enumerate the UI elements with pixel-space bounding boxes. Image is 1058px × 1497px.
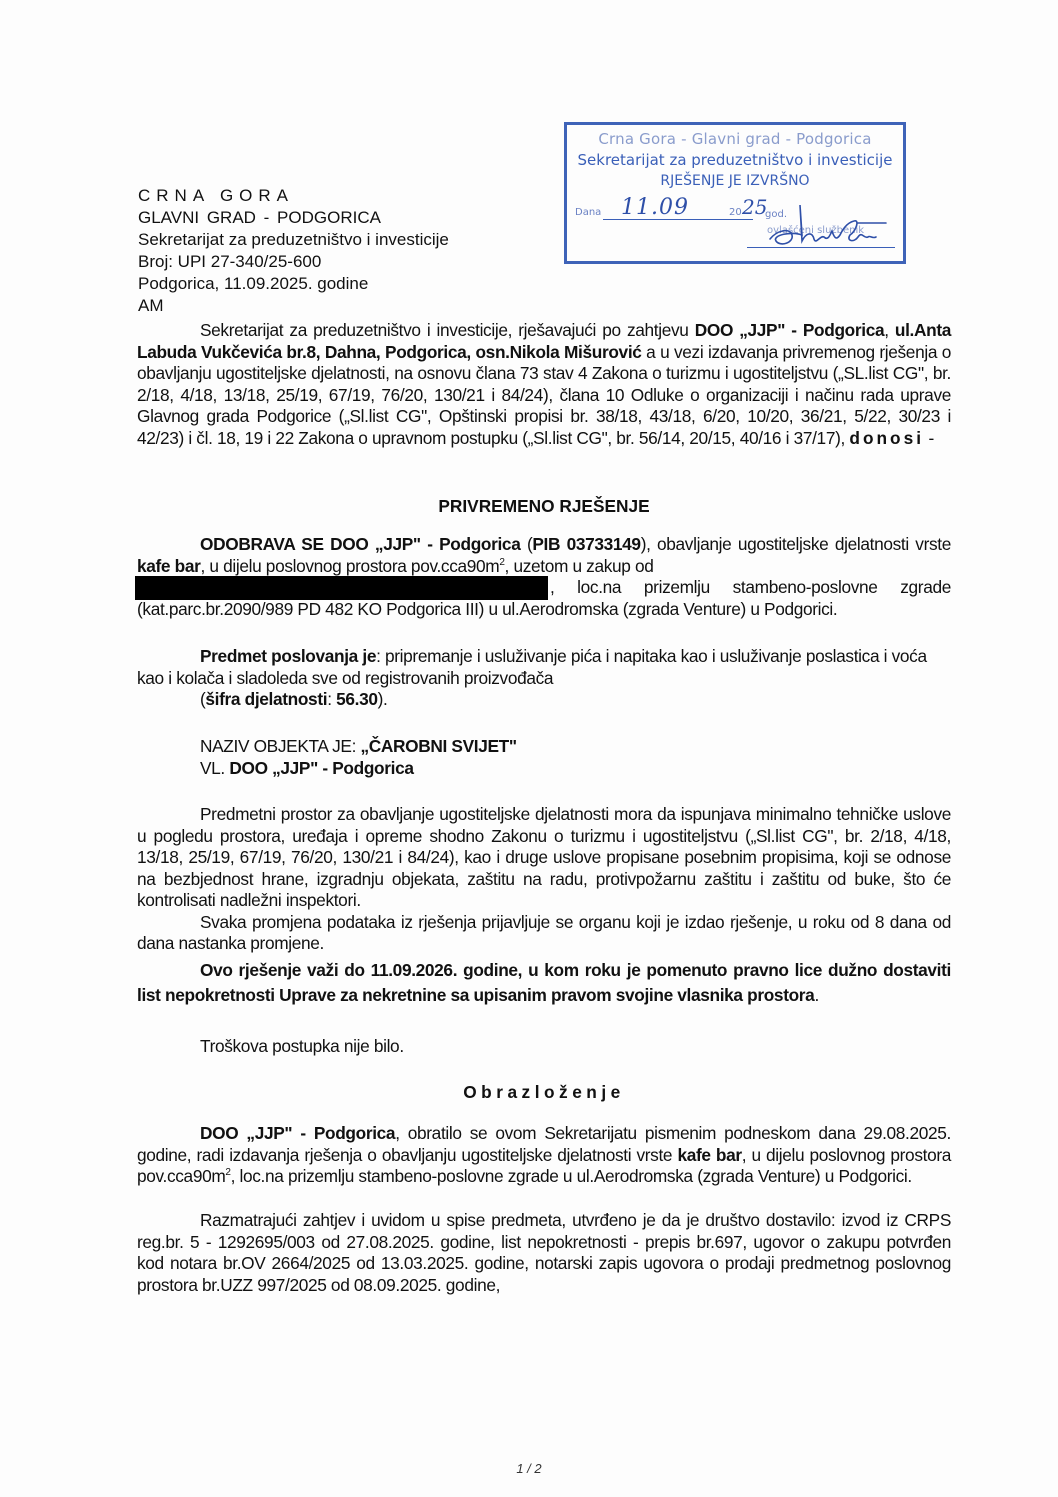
object-owner: DOO „JJP" - Podgorica <box>229 758 413 778</box>
redacted-block <box>135 576 548 600</box>
header-country: CRNA GORA <box>138 185 449 207</box>
conditions-paragraph: Predmetni prostor za obavljanje ugostite… <box>137 804 951 955</box>
stamp-day-month: 11.09 <box>621 195 689 220</box>
page-number: 1 / 2 <box>0 1461 1058 1476</box>
donosi-word: donosi <box>849 428 924 448</box>
stamp-line-secretariat: Sekretarijat za preduzetništvo i investi… <box>567 151 903 169</box>
stamp-date-label: Dana <box>575 207 601 218</box>
header-number: Broj: UPI 27-340/25-600 <box>138 251 449 273</box>
stamp-line-city: Crna Gora - Glavni grad - Podgorica <box>567 130 903 148</box>
subject-paragraph: Predmet poslovanja je: pripremanje i usl… <box>137 646 951 711</box>
validity-paragraph: Ovo rješenje važi do 11.09.2026. godine,… <box>137 958 951 1008</box>
changes-paragraph: Svaka promjena podataka iz rješenja prij… <box>137 912 951 955</box>
object-name-block: NAZIV OBJEKTA JE: „ČAROBNI SVIJET" VL. D… <box>137 736 951 779</box>
stamp-year-prefix: 20 <box>729 207 742 218</box>
reasoning-title: Obrazloženje <box>137 1082 951 1103</box>
signature-icon <box>762 201 892 251</box>
official-stamp: Crna Gora - Glavni grad - Podgorica Sekr… <box>564 122 906 264</box>
intro-paragraph: Sekretarijat za preduzetništvo i investi… <box>137 320 951 449</box>
decision-title: PRIVREMENO RJEŠENJE <box>137 496 951 517</box>
object-name: „ČAROBNI SVIJET" <box>360 736 516 756</box>
activity-type: kafe bar <box>137 556 200 576</box>
reasoning-paragraph-2: Razmatrajući zahtjev i uvidom u spise pr… <box>137 1210 951 1296</box>
applicant-name: DOO „JJP" - Podgorica <box>695 320 885 340</box>
activity-code: 56.30 <box>336 689 378 709</box>
pib-number: PIB 03733149 <box>532 534 640 554</box>
reasoning-paragraph-1: DOO „JJP" - Podgorica, obratilo se ovom … <box>137 1123 951 1188</box>
header-initials: AM <box>138 295 449 317</box>
header-city: GLAVNI GRAD - PODGORICA <box>138 207 449 229</box>
header-place-date: Podgorica, 11.09.2025. godine <box>138 273 449 295</box>
costs-paragraph: Troškova postupka nije bilo. <box>137 1036 951 1058</box>
document-page: Crna Gora - Glavni grad - Podgorica Sekr… <box>0 0 1058 1497</box>
document-header: CRNA GORA GLAVNI GRAD - PODGORICA Sekret… <box>138 185 449 317</box>
header-secretariat: Sekretarijat za preduzetništvo i investi… <box>138 229 449 251</box>
stamp-line-enforceable: RJEŠENJE JE IZVRŠNO <box>567 173 903 189</box>
